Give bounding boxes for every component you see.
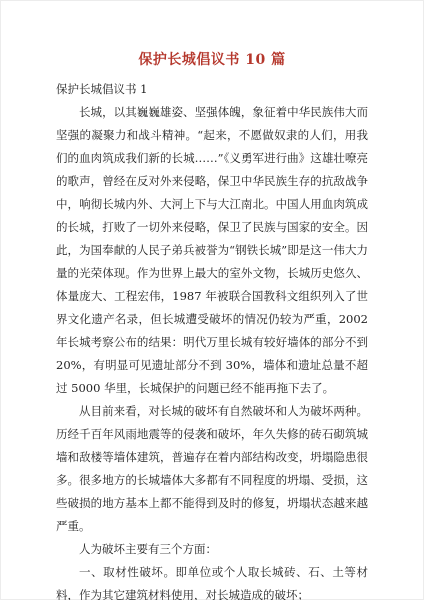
paragraph-damage-type-1: 一、取材性破坏。即单位或个人取长城砖、石、土等材料，作为其它建筑材料使用，对长城…: [56, 561, 368, 600]
document-viewport: { "document": { "title": "保护长城倡议书 10 篇",…: [0, 0, 424, 600]
document-title: 保护长城倡议书 10 篇: [56, 50, 368, 70]
paragraph-intro: 长城，以其巍巍雄姿、坚强体魄，象征着中华民族伟大而坚强的凝聚力和战斗精神。“起来…: [56, 101, 368, 400]
paragraph-human-damage-lead: 人为破坏主要有三个方面：: [56, 538, 368, 561]
section-heading: 保护长城倡议书 1: [56, 78, 368, 101]
paragraph-damage-overview: 从目前来看，对长城的破坏有自然破坏和人为破坏两种。历经千百年风雨地震等的侵袭和破…: [56, 400, 368, 538]
document-page: 保护长城倡议书 10 篇 保护长城倡议书 1 长城，以其巍巍雄姿、坚强体魄，象征…: [0, 0, 424, 600]
